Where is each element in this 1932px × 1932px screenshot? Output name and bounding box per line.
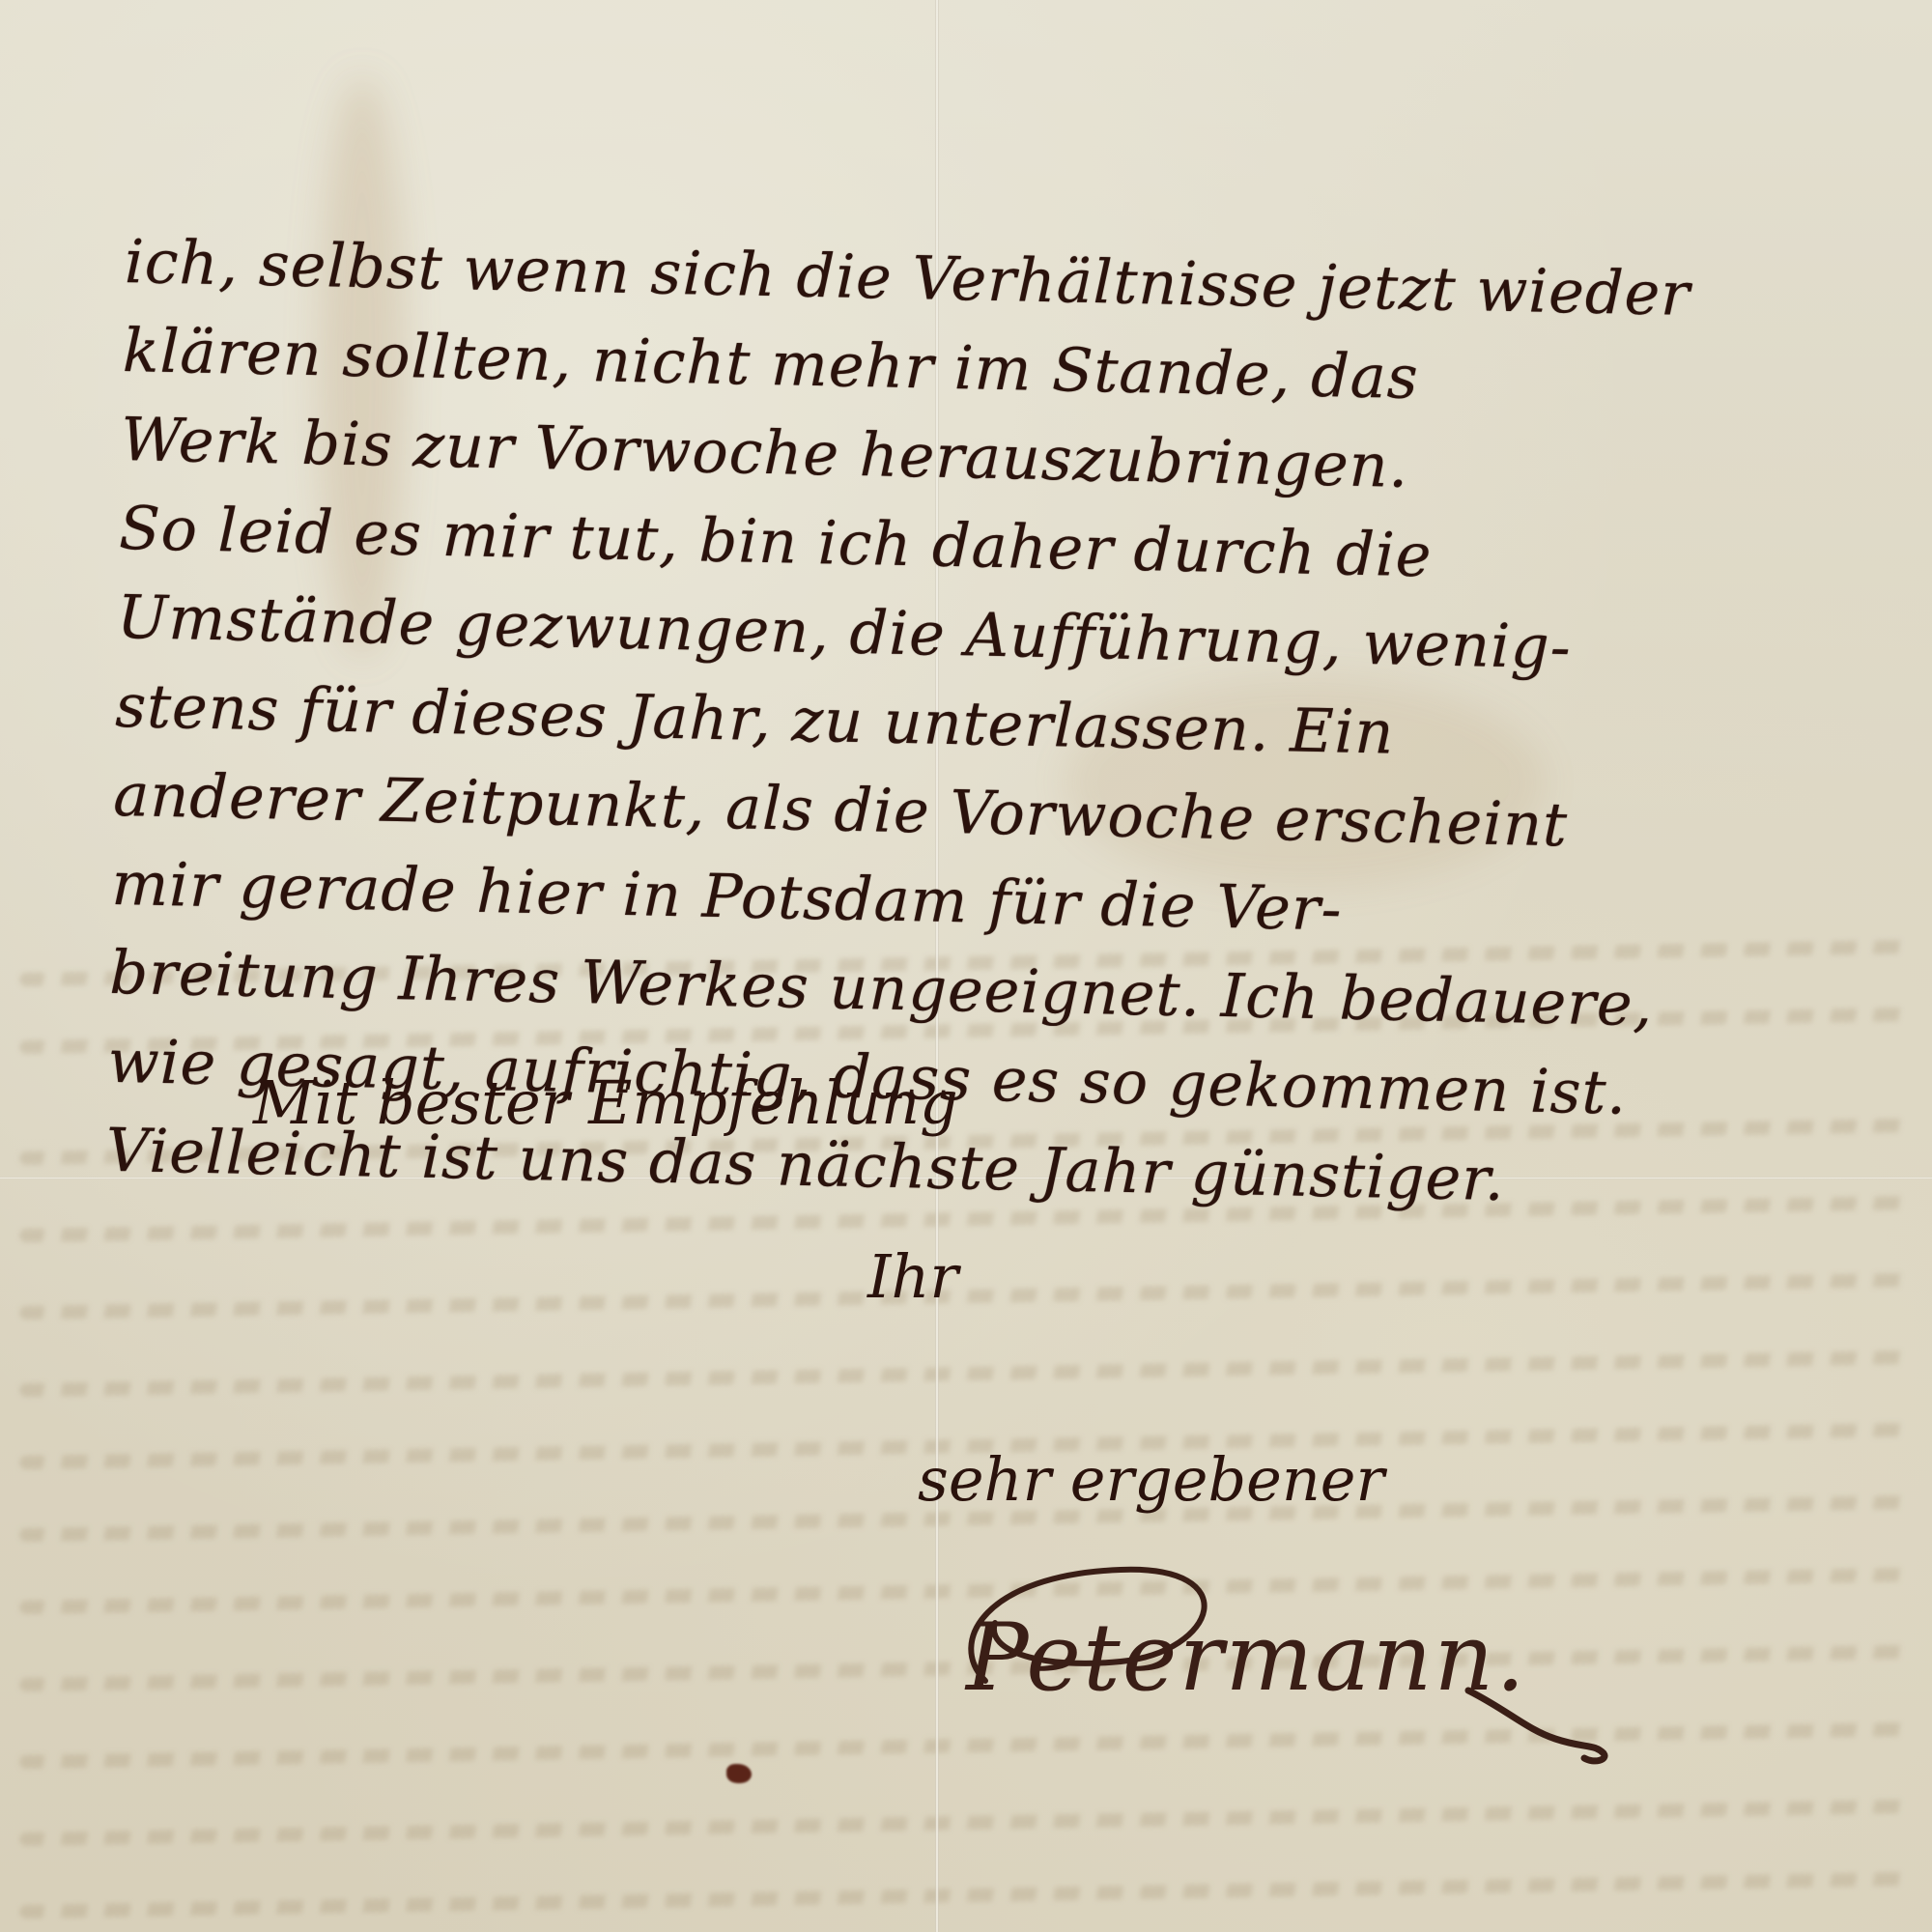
bleed-through-line	[19, 1273, 1913, 1320]
letter-sheet: ich, selbst wenn sich die Verhältnisse j…	[0, 0, 1932, 1932]
signature: Petermann.	[927, 1546, 1623, 1758]
bleed-through-line	[19, 1800, 1913, 1846]
ink-spot	[726, 1764, 752, 1783]
closing-phrase: Mit bester Empfehlung	[253, 1067, 958, 1138]
valediction-ihr: Ihr	[867, 1241, 958, 1312]
signature-name: Petermann.	[966, 1604, 1527, 1712]
bleed-through-line	[19, 1872, 1913, 1918]
bleed-through-line	[19, 1350, 1913, 1397]
valediction-ergebener: sehr ergebener	[918, 1444, 1384, 1515]
